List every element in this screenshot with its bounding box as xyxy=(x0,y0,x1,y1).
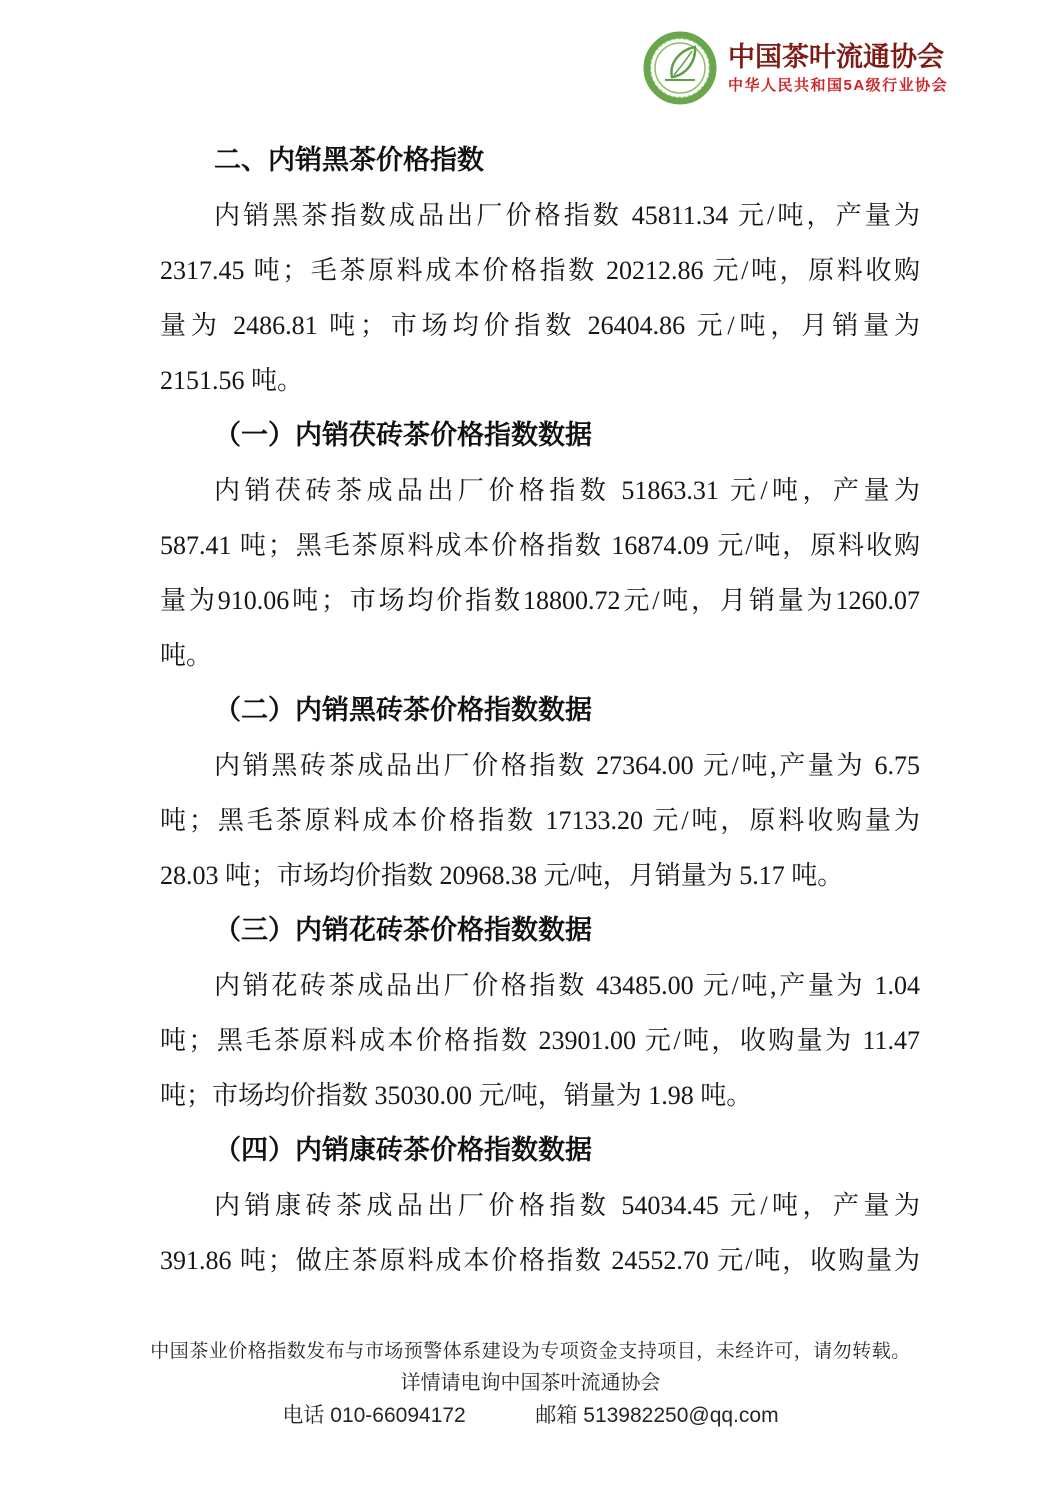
body-line: 内销花砖茶成品出厂价格指数 43485.00 元/吨,产量为 1.04 xyxy=(160,958,920,1013)
body-line: 内销黑茶指数成品出厂价格指数 45811.34 元/吨，产量为 xyxy=(160,188,920,243)
subsection-3-paragraph: 内销花砖茶成品出厂价格指数 43485.00 元/吨,产量为 1.04 吨；黑毛… xyxy=(160,958,920,1123)
body-line: 吨；黑毛茶原料成本价格指数 23901.00 元/吨，收购量为 11.47 xyxy=(160,1013,920,1068)
body-line: 内销茯砖茶成品出厂价格指数 51863.31 元/吨，产量为 xyxy=(160,463,920,518)
phone-number: 010-66094172 xyxy=(330,1404,465,1427)
header: 中国茶叶流通协会 中华人民共和国5A级行业协会 xyxy=(642,30,948,106)
body-line: 391.86 吨；做庄茶原料成本价格指数 24552.70 元/吨，收购量为 xyxy=(160,1233,920,1288)
footer-contact: 详情请电询中国茶叶流通协会 xyxy=(0,1367,1061,1399)
footer-notice: 中国茶业价格指数发布与市场预警体系建设为专项资金支持项目，未经许可，请勿转载。 xyxy=(0,1336,1061,1367)
footer-contact-details: 电话 010-66094172 邮箱 513982250@qq.com xyxy=(0,1399,1061,1432)
body-line: 28.03 吨；市场均价指数 20968.38 元/吨，月销量为 5.17 吨。 xyxy=(160,848,920,903)
org-subtitle: 中华人民共和国5A级行业协会 xyxy=(728,76,948,96)
subsection-1-paragraph: 内销茯砖茶成品出厂价格指数 51863.31 元/吨，产量为 587.41 吨；… xyxy=(160,463,920,683)
logo-text: 中国茶叶流通协会 中华人民共和国5A级行业协会 xyxy=(728,40,948,96)
section-title: 二、内销黑茶价格指数 xyxy=(160,133,920,188)
body-line: 量为 2486.81 吨；市场均价指数 26404.86 元/吨，月销量为 xyxy=(160,298,920,353)
body-line: 吨。 xyxy=(160,628,920,683)
body-line: 量为910.06吨；市场均价指数18800.72元/吨，月销量为1260.07 xyxy=(160,573,920,628)
body-line: 内销康砖茶成品出厂价格指数 54034.45 元/吨，产量为 xyxy=(160,1178,920,1233)
tea-leaf-logo-icon xyxy=(642,30,718,106)
subsection-1-heading: （一）内销茯砖茶价格指数数据 xyxy=(160,408,920,463)
page-footer: 中国茶业价格指数发布与市场预警体系建设为专项资金支持项目，未经许可，请勿转载。 … xyxy=(0,1336,1061,1432)
document-page: 中国茶叶流通协会 中华人民共和国5A级行业协会 二、内销黑茶价格指数 内销黑茶指… xyxy=(0,0,1061,1500)
subsection-2-paragraph: 内销黑砖茶成品出厂价格指数 27364.00 元/吨,产量为 6.75 吨；黑毛… xyxy=(160,738,920,903)
email-address: 513982250@qq.com xyxy=(583,1404,778,1427)
phone-label: 电话 xyxy=(282,1404,324,1427)
intro-paragraph: 内销黑茶指数成品出厂价格指数 45811.34 元/吨，产量为 2317.45 … xyxy=(160,188,920,408)
email-label: 邮箱 xyxy=(535,1404,577,1427)
org-name: 中国茶叶流通协会 xyxy=(728,40,948,74)
subsection-4-paragraph: 内销康砖茶成品出厂价格指数 54034.45 元/吨，产量为 391.86 吨；… xyxy=(160,1178,920,1288)
body-line: 吨；黑毛茶原料成本价格指数 17133.20 元/吨，原料收购量为 xyxy=(160,793,920,848)
subsection-2-heading: （二）内销黑砖茶价格指数数据 xyxy=(160,683,920,738)
body-line: 2317.45 吨；毛茶原料成本价格指数 20212.86 元/吨，原料收购 xyxy=(160,243,920,298)
body-line: 2151.56 吨。 xyxy=(160,353,920,408)
subsection-3-heading: （三）内销花砖茶价格指数数据 xyxy=(160,903,920,958)
document-body: 二、内销黑茶价格指数 内销黑茶指数成品出厂价格指数 45811.34 元/吨，产… xyxy=(160,133,920,1288)
body-line: 587.41 吨；黑毛茶原料成本价格指数 16874.09 元/吨，原料收购 xyxy=(160,518,920,573)
body-line: 吨；市场均价指数 35030.00 元/吨，销量为 1.98 吨。 xyxy=(160,1068,920,1123)
body-line: 内销黑砖茶成品出厂价格指数 27364.00 元/吨,产量为 6.75 xyxy=(160,738,920,793)
subsection-4-heading: （四）内销康砖茶价格指数数据 xyxy=(160,1123,920,1178)
